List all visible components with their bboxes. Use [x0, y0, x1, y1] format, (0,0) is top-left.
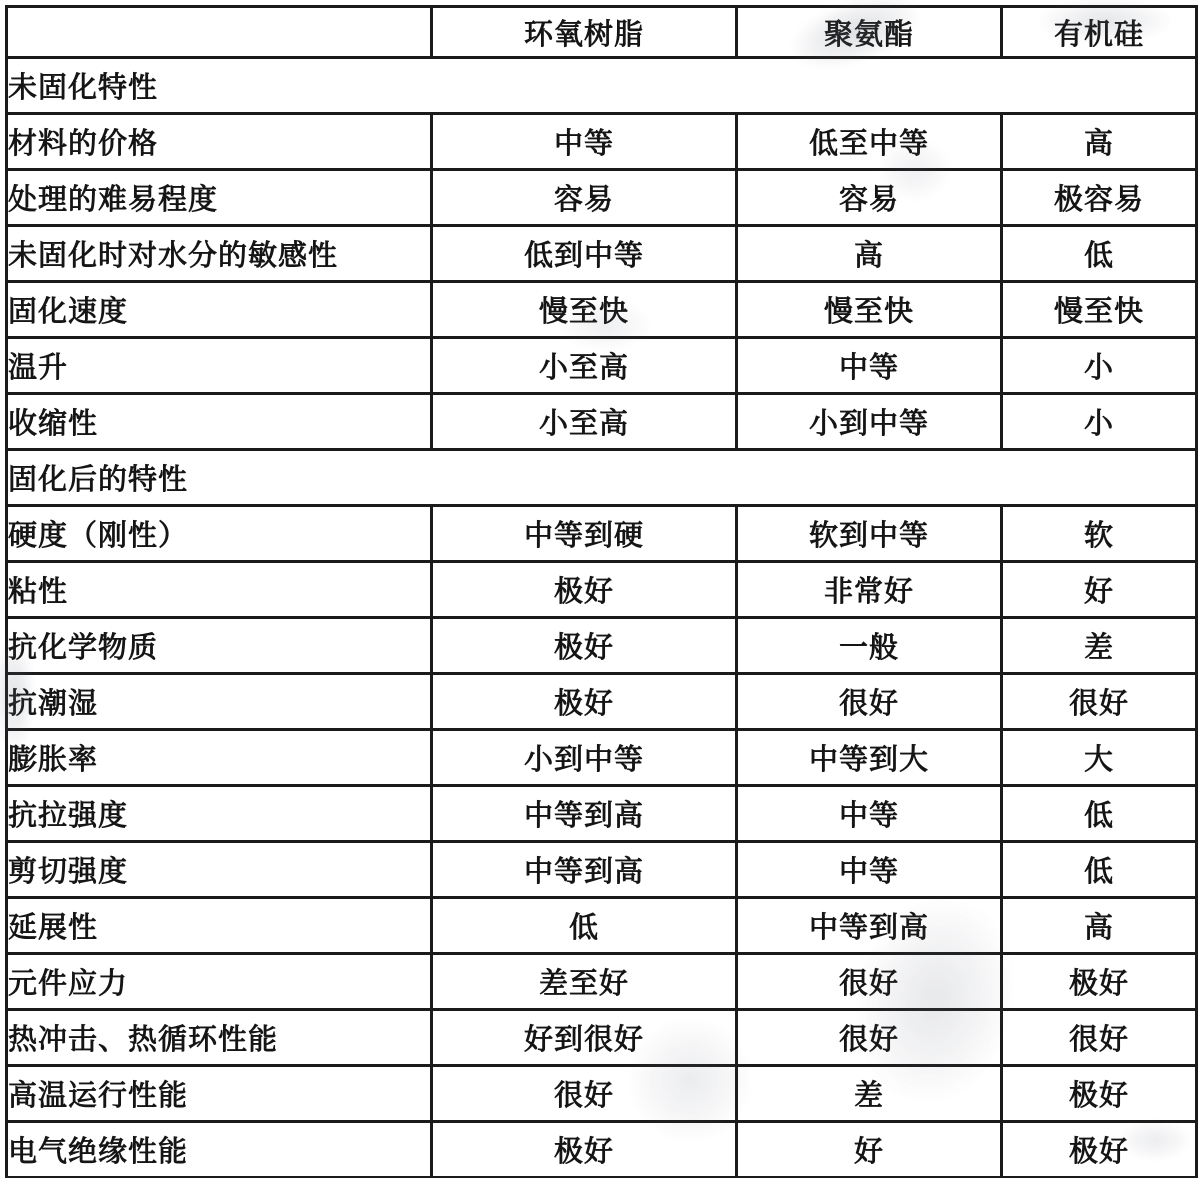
value-cell: 差: [1002, 618, 1197, 674]
row-label: 剪切强度: [7, 842, 432, 898]
row-label: 未固化时对水分的敏感性: [7, 226, 432, 282]
value-cell: 很好: [432, 1066, 737, 1122]
document-page: 环氧树脂聚氨酯有机硅 未固化特性材料的价格中等低至中等高处理的难易程度容易容易极…: [0, 0, 1200, 1178]
value-cell: 很好: [737, 1010, 1002, 1066]
value-cell: 慢至快: [432, 282, 737, 338]
value-cell: 小: [1002, 394, 1197, 450]
value-cell: 软到中等: [737, 506, 1002, 562]
value-cell: 极好: [432, 562, 737, 618]
value-cell: 大: [1002, 730, 1197, 786]
corner-cell: [7, 7, 432, 58]
value-cell: 低到中等: [432, 226, 737, 282]
value-cell: 极好: [1002, 1122, 1197, 1178]
row-label: 电气绝缘性能: [7, 1122, 432, 1178]
table-row: 膨胀率小到中等中等到大大: [7, 730, 1197, 786]
table-row: 固化速度慢至快慢至快慢至快: [7, 282, 1197, 338]
table-row: 粘性极好非常好好: [7, 562, 1197, 618]
value-cell: 非常好: [737, 562, 1002, 618]
row-label: 粘性: [7, 562, 432, 618]
section-row: 未固化特性: [7, 58, 1197, 114]
row-label: 处理的难易程度: [7, 170, 432, 226]
row-label: 硬度（刚性）: [7, 506, 432, 562]
value-cell: 中等到高: [432, 842, 737, 898]
value-cell: 极好: [432, 618, 737, 674]
value-cell: 低: [1002, 842, 1197, 898]
row-label: 热冲击、热循环性能: [7, 1010, 432, 1066]
value-cell: 一般: [737, 618, 1002, 674]
value-cell: 中等: [737, 842, 1002, 898]
value-cell: 慢至快: [1002, 282, 1197, 338]
table-row: 温升小至高中等小: [7, 338, 1197, 394]
value-cell: 小到中等: [432, 730, 737, 786]
table-row: 电气绝缘性能极好好极好: [7, 1122, 1197, 1178]
table-body: 未固化特性材料的价格中等低至中等高处理的难易程度容易容易极容易未固化时对水分的敏…: [7, 58, 1197, 1178]
value-cell: 慢至快: [737, 282, 1002, 338]
table-row: 高温运行性能很好差极好: [7, 1066, 1197, 1122]
row-label: 抗拉强度: [7, 786, 432, 842]
table-row: 抗化学物质极好一般差: [7, 618, 1197, 674]
row-label: 抗化学物质: [7, 618, 432, 674]
value-cell: 小到中等: [737, 394, 1002, 450]
material-comparison-table: 环氧树脂聚氨酯有机硅 未固化特性材料的价格中等低至中等高处理的难易程度容易容易极…: [5, 5, 1198, 1178]
value-cell: 中等到高: [737, 898, 1002, 954]
table-row: 材料的价格中等低至中等高: [7, 114, 1197, 170]
value-cell: 好: [1002, 562, 1197, 618]
row-label: 高温运行性能: [7, 1066, 432, 1122]
column-header: 有机硅: [1002, 7, 1197, 58]
value-cell: 低至中等: [737, 114, 1002, 170]
table-row: 元件应力差至好很好极好: [7, 954, 1197, 1010]
value-cell: 低: [1002, 786, 1197, 842]
table-row: 处理的难易程度容易容易极容易: [7, 170, 1197, 226]
table-row: 剪切强度中等到高中等低: [7, 842, 1197, 898]
value-cell: 极好: [1002, 1066, 1197, 1122]
value-cell: 小至高: [432, 394, 737, 450]
value-cell: 小: [1002, 338, 1197, 394]
value-cell: 低: [1002, 226, 1197, 282]
column-header: 环氧树脂: [432, 7, 737, 58]
table-row: 未固化时对水分的敏感性低到中等高低: [7, 226, 1197, 282]
value-cell: 容易: [737, 170, 1002, 226]
value-cell: 差: [737, 1066, 1002, 1122]
value-cell: 中等: [737, 786, 1002, 842]
column-header: 聚氨酯: [737, 7, 1002, 58]
value-cell: 很好: [737, 954, 1002, 1010]
table-row: 硬度（刚性）中等到硬软到中等软: [7, 506, 1197, 562]
section-row: 固化后的特性: [7, 450, 1197, 506]
header-row: 环氧树脂聚氨酯有机硅: [7, 7, 1197, 58]
value-cell: 容易: [432, 170, 737, 226]
section-title: 未固化特性: [7, 58, 1197, 114]
value-cell: 中等: [432, 114, 737, 170]
row-label: 抗潮湿: [7, 674, 432, 730]
table-row: 热冲击、热循环性能好到很好很好很好: [7, 1010, 1197, 1066]
value-cell: 高: [1002, 114, 1197, 170]
table-header: 环氧树脂聚氨酯有机硅: [7, 7, 1197, 58]
table-row: 收缩性小至高小到中等小: [7, 394, 1197, 450]
row-label: 元件应力: [7, 954, 432, 1010]
row-label: 延展性: [7, 898, 432, 954]
value-cell: 极好: [432, 674, 737, 730]
value-cell: 软: [1002, 506, 1197, 562]
value-cell: 极好: [1002, 954, 1197, 1010]
value-cell: 极好: [432, 1122, 737, 1178]
value-cell: 高: [737, 226, 1002, 282]
table-row: 抗潮湿极好很好很好: [7, 674, 1197, 730]
section-title: 固化后的特性: [7, 450, 1197, 506]
value-cell: 很好: [737, 674, 1002, 730]
value-cell: 高: [1002, 898, 1197, 954]
value-cell: 中等到高: [432, 786, 737, 842]
row-label: 温升: [7, 338, 432, 394]
table-row: 抗拉强度中等到高中等低: [7, 786, 1197, 842]
value-cell: 中等到硬: [432, 506, 737, 562]
row-label: 收缩性: [7, 394, 432, 450]
row-label: 膨胀率: [7, 730, 432, 786]
value-cell: 差至好: [432, 954, 737, 1010]
table-row: 延展性低中等到高高: [7, 898, 1197, 954]
value-cell: 小至高: [432, 338, 737, 394]
value-cell: 中等: [737, 338, 1002, 394]
value-cell: 中等到大: [737, 730, 1002, 786]
value-cell: 低: [432, 898, 737, 954]
value-cell: 很好: [1002, 674, 1197, 730]
value-cell: 好到很好: [432, 1010, 737, 1066]
row-label: 固化速度: [7, 282, 432, 338]
row-label: 材料的价格: [7, 114, 432, 170]
value-cell: 很好: [1002, 1010, 1197, 1066]
value-cell: 极容易: [1002, 170, 1197, 226]
value-cell: 好: [737, 1122, 1002, 1178]
